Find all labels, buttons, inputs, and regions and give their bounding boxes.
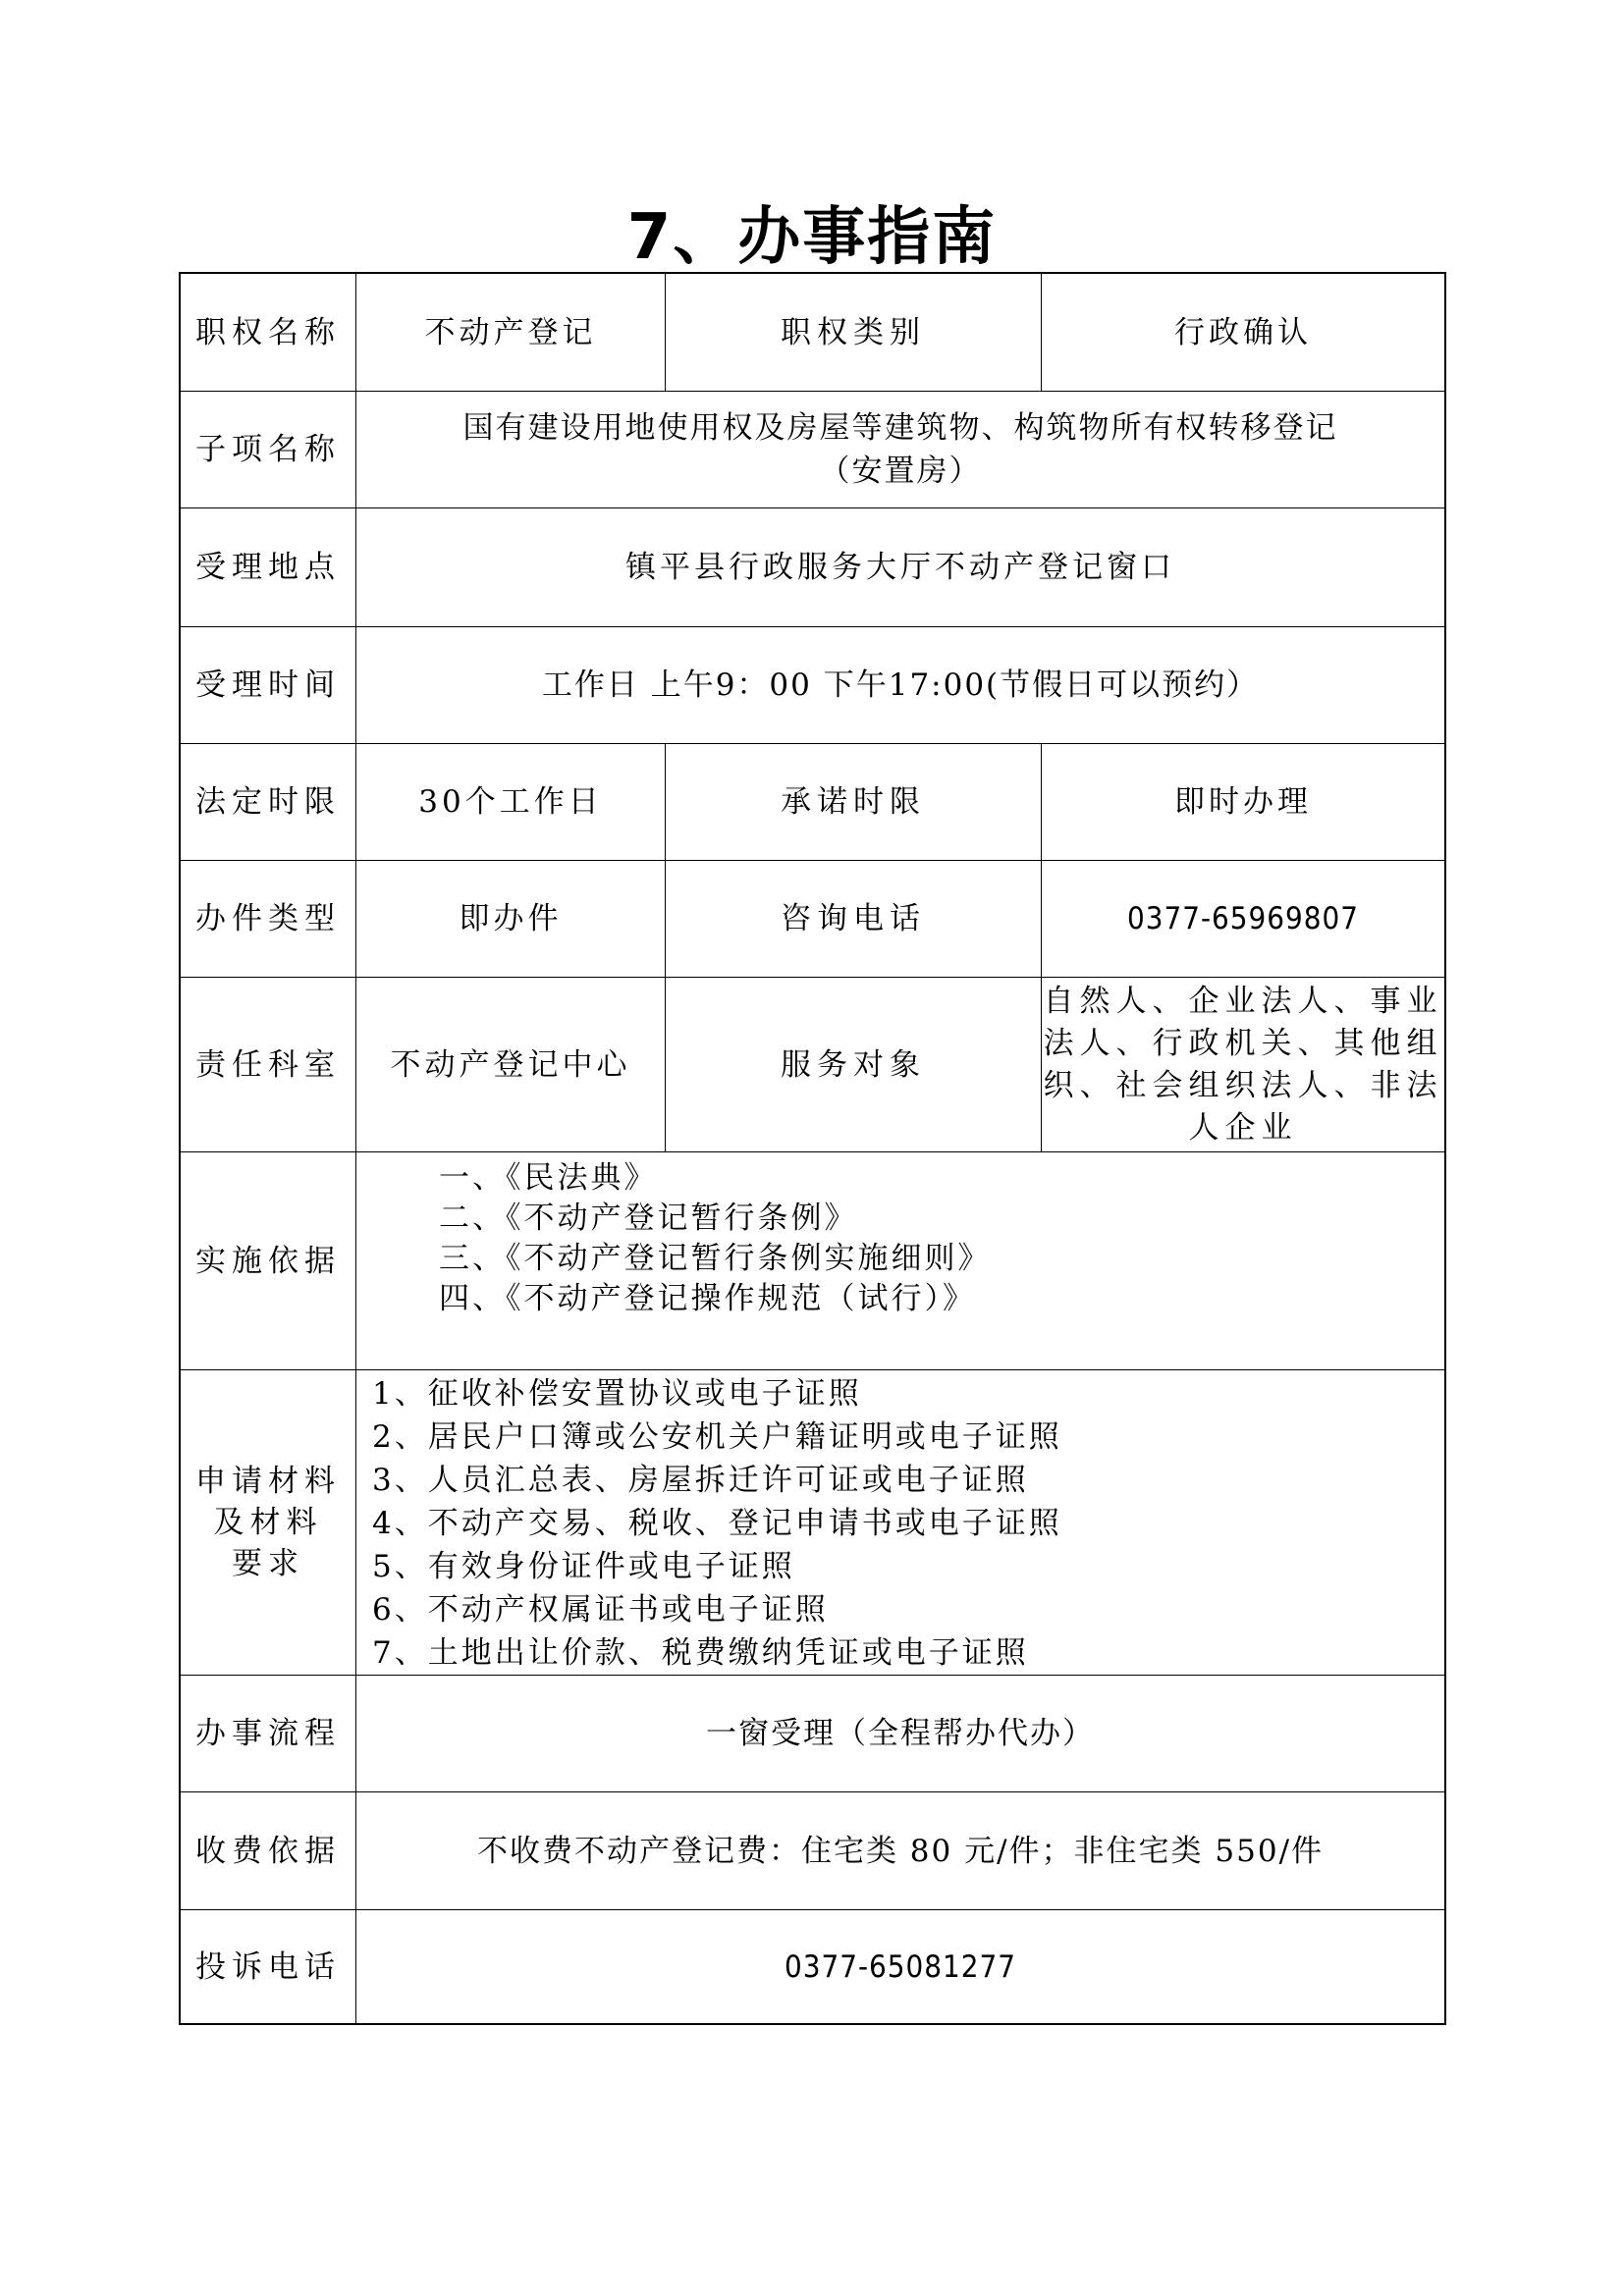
- service-guide-table: 职权名称 不动产登记 职权类别 行政确认 子项名称 国有建设用地使用权及房屋等建…: [179, 272, 1446, 2025]
- authority-category-value: 行政确认: [1042, 274, 1444, 392]
- basis-item: 三、《不动产登记暂行条例实施细则》: [439, 1239, 992, 1279]
- process-label: 办事流程: [181, 1676, 356, 1792]
- legal-limit-label: 法定时限: [181, 744, 356, 861]
- basis-list: 一、《民法典》 二、《不动产登记暂行条例》 三、《不动产登记暂行条例实施细则》 …: [356, 1152, 1444, 1370]
- process-value: 一窗受理（全程帮办代办）: [356, 1676, 1444, 1792]
- complaint-phone: 0377-65081277: [356, 1910, 1444, 2023]
- department-value: 不动产登记中心: [356, 978, 666, 1152]
- basis-item: 二、《不动产登记暂行条例》: [439, 1199, 858, 1239]
- authority-name-label: 职权名称: [181, 274, 356, 392]
- material-item: 1、征收补偿安置协议或电子证照: [372, 1372, 862, 1415]
- legal-limit-value: 30个工作日: [356, 744, 666, 861]
- fee-value: 不收费不动产登记费：住宅类 80 元/件；非住宅类 550/件: [356, 1792, 1444, 1910]
- material-item: 3、人员汇总表、房屋拆迁许可证或电子证照: [372, 1459, 1029, 1502]
- sub-item-value: 国有建设用地使用权及房屋等建筑物、构筑物所有权转移登记 （安置房）: [356, 392, 1444, 508]
- basis-item: 四、《不动产登记操作规范（试行）》: [439, 1279, 976, 1319]
- hours-label: 受理时间: [181, 627, 356, 744]
- case-type-label: 办件类型: [181, 861, 356, 978]
- material-item: 4、不动产交易、税收、登记申请书或电子证照: [372, 1502, 1062, 1545]
- fee-label: 收费依据: [181, 1792, 356, 1910]
- consult-phone-value: 0377-65969807: [1042, 861, 1444, 978]
- material-item: 5、有效身份证件或电子证照: [372, 1545, 795, 1588]
- promised-limit-label: 承诺时限: [666, 744, 1042, 861]
- materials-label: 申请材料 及材料 要求: [181, 1370, 356, 1676]
- service-target-value: 自然人、企业法人、事业 法人、行政机关、其他组 织、社会组织法人、非法 人企业: [1042, 978, 1444, 1152]
- case-type-value: 即办件: [356, 861, 666, 978]
- location-label: 受理地点: [181, 508, 356, 627]
- page-title: 7、办事指南: [0, 200, 1624, 275]
- basis-item: 一、《民法典》: [439, 1158, 658, 1199]
- authority-name-value: 不动产登记: [356, 274, 666, 392]
- basis-label: 实施依据: [181, 1152, 356, 1370]
- department-label: 责任科室: [181, 978, 356, 1152]
- consult-phone-label: 咨询电话: [666, 861, 1042, 978]
- sub-item-label: 子项名称: [181, 392, 356, 508]
- authority-category-label: 职权类别: [666, 274, 1042, 392]
- service-target-label: 服务对象: [666, 978, 1042, 1152]
- material-item: 2、居民户口簿或公安机关户籍证明或电子证照: [372, 1415, 1062, 1459]
- complaint-label: 投诉电话: [181, 1910, 356, 2023]
- hours-value: 工作日 上午9：00 下午17:00(节假日可以预约）: [356, 627, 1444, 744]
- material-item: 6、不动产权属证书或电子证照: [372, 1588, 829, 1631]
- material-item: 7、土地出让价款、税费缴纳凭证或电子证照: [372, 1631, 1029, 1675]
- promised-limit-value: 即时办理: [1042, 744, 1444, 861]
- materials-list: 1、征收补偿安置协议或电子证照 2、居民户口簿或公安机关户籍证明或电子证照 3、…: [356, 1370, 1444, 1676]
- location-value: 镇平县行政服务大厅不动产登记窗口: [356, 508, 1444, 627]
